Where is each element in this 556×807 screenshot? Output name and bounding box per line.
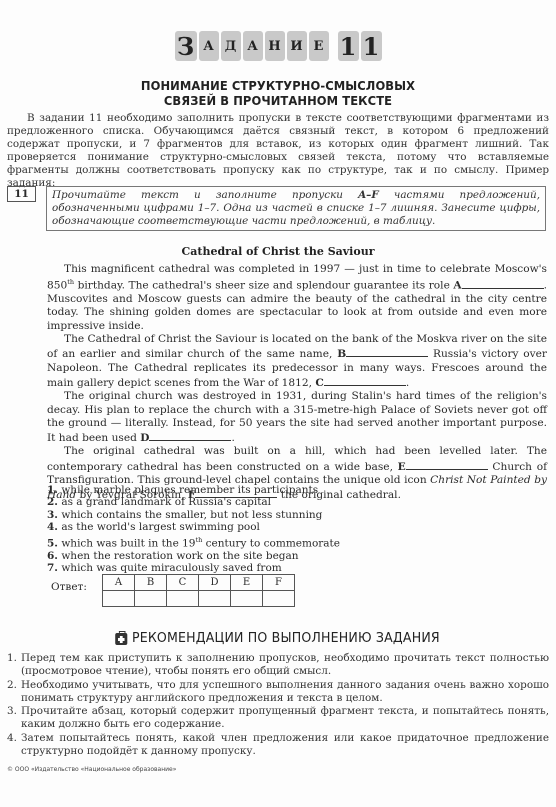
header-letter: З [175,31,197,61]
header-letter: А [243,31,263,61]
answer-col-header: A [103,575,135,591]
gap-label-a: A [453,280,461,292]
answer-col-header: B [135,575,167,591]
answer-label: Ответ: [51,581,87,593]
recommendation-item: 2.Необходимо учитывать, что для успешног… [7,679,549,706]
header-digit: 1 [338,31,359,61]
subtitle-line: ПОНИМАНИЕ СТРУКТУРНО-СМЫСЛОВЫХ [22,78,534,93]
page: З А Д А Н И Е 1 1 ПОНИМАНИЕ СТРУКТУРНО-С… [0,0,556,807]
answer-col-header: D [199,575,231,591]
header-letter: Е [309,31,329,61]
answer-cell-c[interactable] [167,591,199,607]
passage-paragraph-1: This magnificent cathedral was completed… [47,263,547,333]
answer-cell-d[interactable] [199,591,231,607]
copyright-footer: © ООО «Издательство «Национальное образо… [7,766,176,773]
option-item: 2. as a grand landmark of Russia's capit… [47,496,340,508]
gap-blank-a [462,278,544,289]
header-letter: Н [265,31,285,61]
header-letter: И [287,31,307,61]
option-item: 4. as the world's largest swimming pool [47,521,340,533]
intro-paragraph: В задании 11 необходимо заполнить пропус… [7,112,549,190]
answer-input-row [103,591,295,607]
header-letter: Д [221,31,241,61]
recommendation-item: 3.Прочитайте абзац, который содержит про… [7,705,549,732]
passage-paragraph-3: The original church was destroyed in 193… [47,390,547,445]
gap-blank-d [149,430,231,441]
task-header: З А Д А Н И Е 1 1 [0,31,556,61]
recommendations-list: 1.Перед тем как приступить к заполнению … [7,652,549,758]
answer-col-header: F [263,575,295,591]
section-subtitle: ПОНИМАНИЕ СТРУКТУРНО-СМЫСЛОВЫХ СВЯЗЕЙ В … [22,78,534,108]
recommendation-item: 1.Перед тем как приступить к заполнению … [7,652,549,679]
option-item: 6. when the restoration work on the site… [47,550,340,562]
option-item: 3. which contains the smaller, but not l… [47,509,340,521]
gap-blank-e [406,459,488,470]
subtitle-line: СВЯЗЕЙ В ПРОЧИТАННОМ ТЕКСТЕ [22,93,534,108]
option-item: 7. which was quite miraculously saved fr… [47,562,340,574]
gap-blank-c [324,375,406,386]
passage-paragraph-2: The Cathedral of Christ the Saviour is l… [47,333,547,390]
header-letter: А [199,31,219,61]
first-aid-kit-icon [116,633,128,645]
answer-col-header: C [167,575,199,591]
answer-table: A B C D E F [102,574,295,607]
answer-cell-f[interactable] [263,591,295,607]
option-item: 1. while marble plaques remember its par… [47,484,340,496]
gap-label-c: C [315,377,323,389]
gap-label-d: D [140,432,149,444]
answer-cell-e[interactable] [231,591,263,607]
gap-label-b: B [337,348,346,360]
answer-cell-b[interactable] [135,591,167,607]
recommendations-heading: РЕКОМЕНДАЦИИ ПО ВЫПОЛНЕНИЮ ЗАДАНИЯ [0,630,556,648]
gap-label-e: E [398,461,406,473]
answer-header-row: A B C D E F [103,575,295,591]
recommendation-item: 4.Затем попытайтесь понять, какой член п… [7,732,549,759]
options-list: 1. while marble plaques remember its par… [47,484,340,574]
gap-blank-b [346,346,428,357]
option-item: 5. which was built in the 19th century t… [47,534,340,550]
reading-passage: This magnificent cathedral was completed… [47,263,547,503]
passage-title: Cathedral of Christ the Saviour [0,245,556,258]
answer-cell-a[interactable] [103,591,135,607]
task-number-box: 11 [7,186,36,202]
answer-col-header: E [231,575,263,591]
task-instruction-box: Прочитайте текст и заполните пропуски A–… [46,186,546,231]
header-digit: 1 [361,31,382,61]
